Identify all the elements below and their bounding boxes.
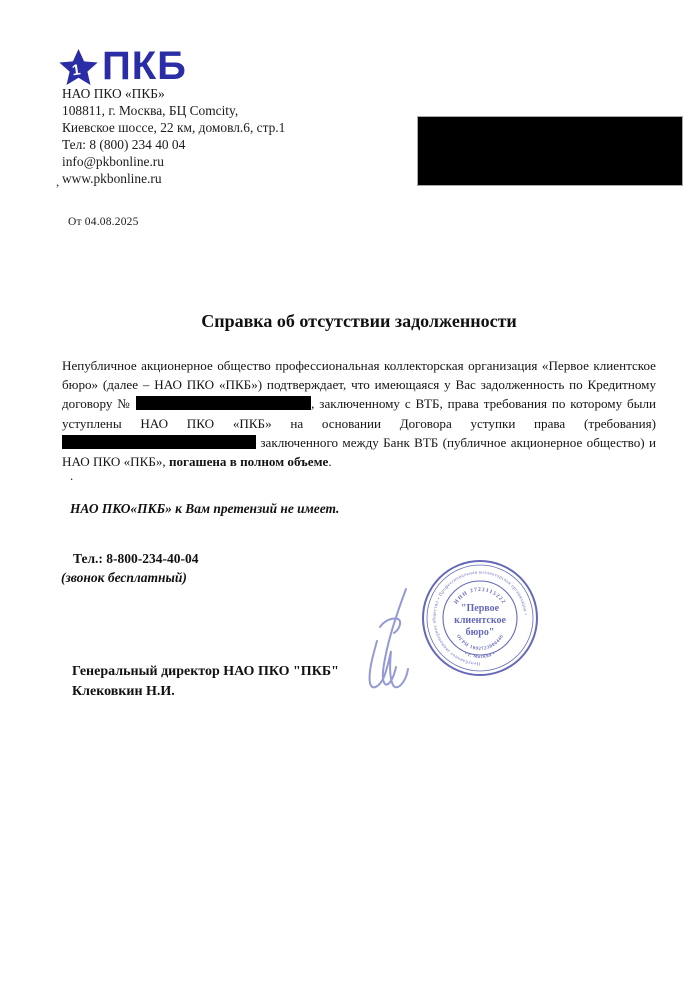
- redacted-contract-number: [136, 396, 311, 410]
- brand-name: ПКБ: [102, 48, 187, 84]
- director-title: Генеральный директор НАО ПКО "ПКБ": [72, 662, 339, 682]
- director-name: Клековкин Н.И.: [72, 682, 339, 702]
- svg-text:• г. Москва •: • г. Москва •: [463, 651, 496, 660]
- stamp-center-line-3: бюро": [466, 627, 495, 638]
- date-line: От 04.08.2025: [68, 216, 139, 228]
- company-stamp: Непубличное акционерное общество • Профе…: [419, 557, 541, 679]
- stamp-city-text: • г. Москва •: [463, 651, 496, 660]
- address-line-1: 108811, г. Москва, БЦ Comcity,: [62, 102, 285, 119]
- phone-line: Тел: 8 (800) 234 40 04: [62, 136, 285, 153]
- company-logo: 1 ПКБ: [59, 48, 187, 86]
- star-logo-icon: 1: [59, 48, 99, 86]
- stamp-center-line-1: "Первое: [461, 603, 500, 614]
- body-text-4: .: [328, 454, 331, 469]
- email-line: info@pkbonline.ru: [62, 153, 285, 170]
- phone-note: (звонок бесплатный): [61, 568, 199, 587]
- body-bold-phrase: погашена в полном объеме: [169, 454, 328, 469]
- document-title: Справка об отсутствии задолженности: [62, 311, 656, 332]
- phone-block: Тел.: 8-800-234-40-04 (звонок бесплатный…: [61, 549, 199, 587]
- phone-number: Тел.: 8-800-234-40-04: [61, 549, 199, 568]
- lone-dot: .: [70, 468, 73, 484]
- document-page: 1 ПКБ НАО ПКО «ПКБ» 108811, г. Москва, Б…: [0, 0, 700, 991]
- header-contact-block: НАО ПКО «ПКБ» 108811, г. Москва, БЦ Comc…: [62, 85, 285, 188]
- company-name: НАО ПКО «ПКБ»: [62, 85, 285, 102]
- address-line-2: Киевское шоссе, 22 км, домовл.6, стр.1: [62, 119, 285, 136]
- redacted-cession-agreement: [62, 435, 256, 449]
- redacted-recipient-block: [417, 116, 683, 186]
- website-line: www.pkbonline.ru: [62, 170, 285, 187]
- stray-mark: ,: [56, 174, 59, 190]
- body-paragraph: Непубличное акционерное общество професс…: [62, 356, 656, 471]
- no-claims-statement: НАО ПКО«ПКБ» к Вам претензий не имеет.: [70, 501, 339, 517]
- signature: [356, 583, 428, 693]
- stamp-center-line-2: клиентское: [454, 615, 506, 626]
- director-block: Генеральный директор НАО ПКО "ПКБ" Клеко…: [72, 662, 339, 702]
